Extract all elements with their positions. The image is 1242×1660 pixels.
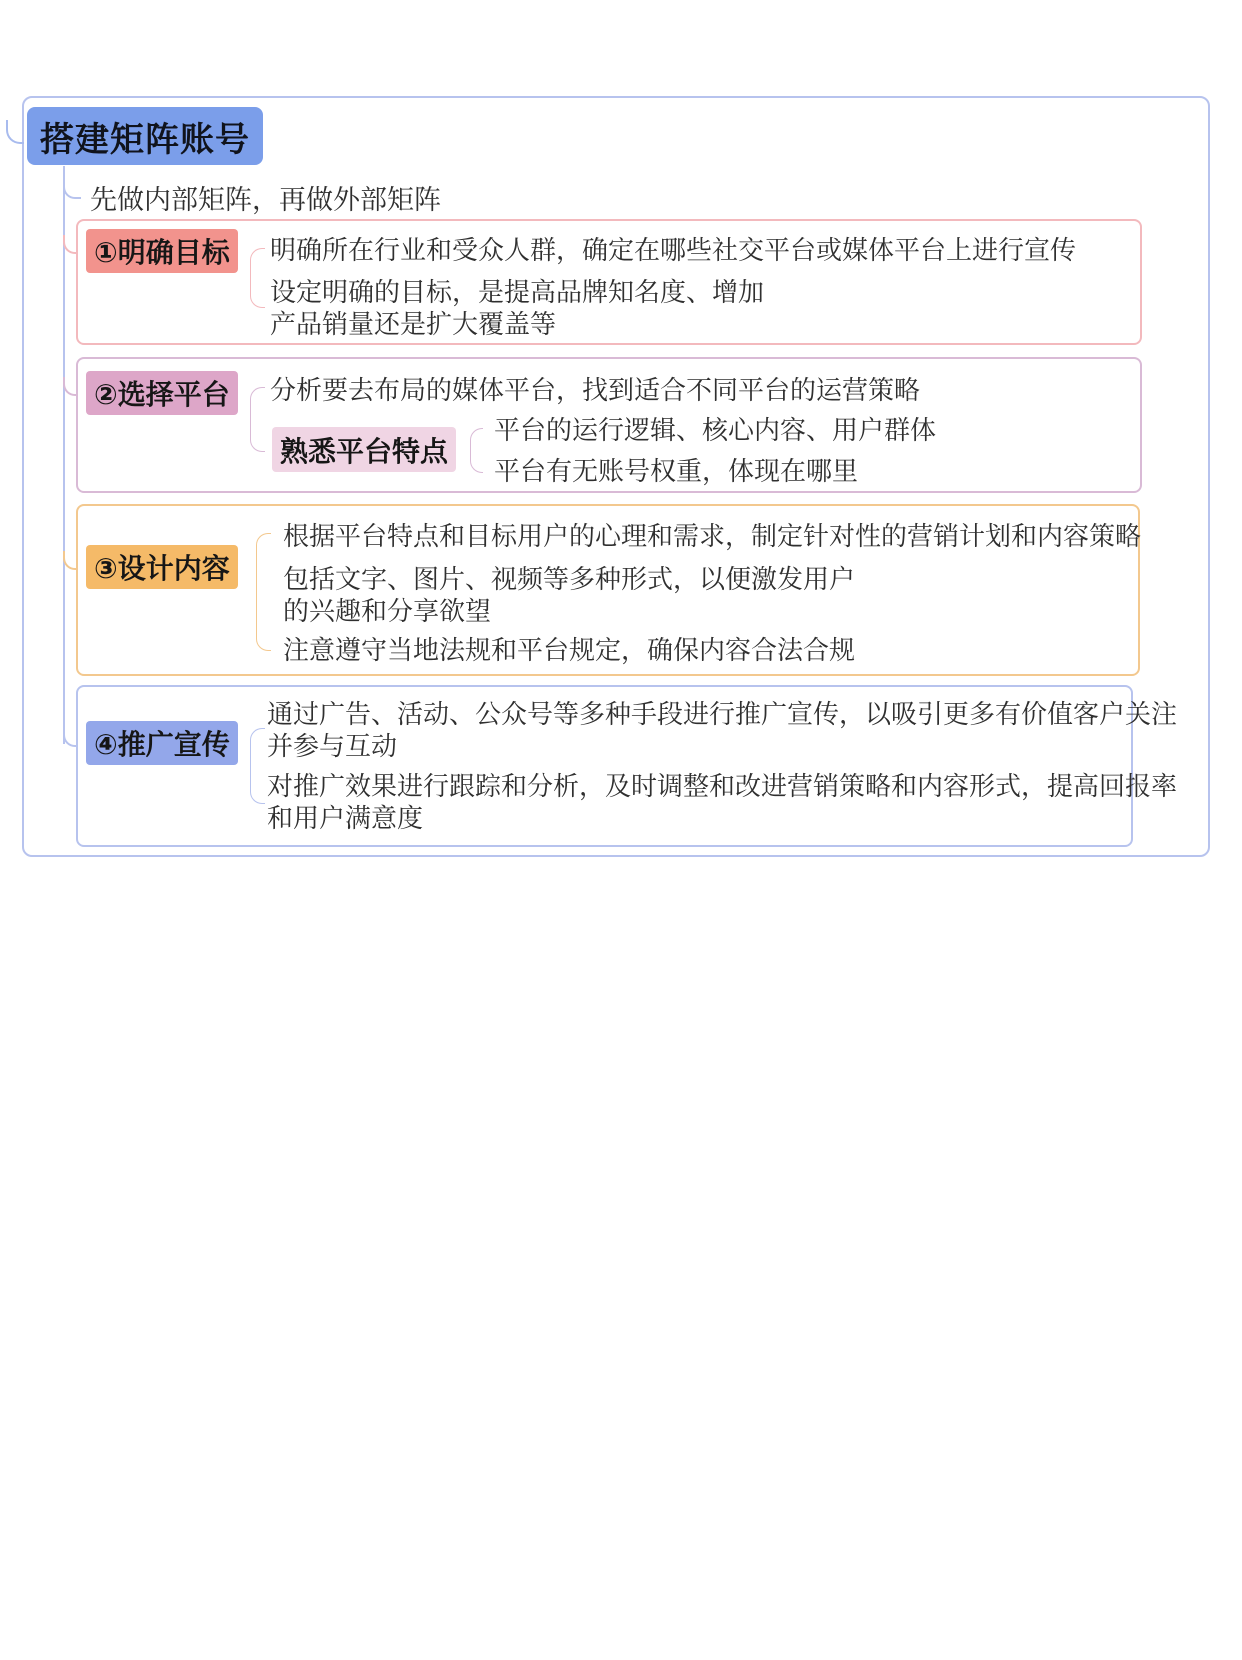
node-text-line: 根据平台特点和目标用户的心理和需求，制定针对性的营销计划和内容策略 xyxy=(283,520,1141,552)
section-label-content[interactable]: ③设计内容 xyxy=(86,545,238,589)
text-node[interactable]: 根据平台特点和目标用户的心理和需求，制定针对性的营销计划和内容策略 xyxy=(283,520,1141,552)
node-text-line: 通过广告、活动、公众号等多种手段进行推广宣传，以吸引更多有价值客户关注 xyxy=(267,698,1177,730)
brace-section-4 xyxy=(250,728,265,804)
text-node[interactable]: 平台的运行逻辑、核心内容、用户群体 xyxy=(494,414,936,446)
node-text-line: 分析要去布局的媒体平台，找到适合不同平台的运营策略 xyxy=(270,374,920,406)
text-node[interactable]: 分析要去布局的媒体平台，找到适合不同平台的运营策略 xyxy=(270,374,920,406)
brace-section-2 xyxy=(250,387,265,452)
text-node[interactable]: 平台有无账号权重，体现在哪里 xyxy=(494,455,858,487)
brace-subnode xyxy=(470,428,483,473)
section-label-platform[interactable]: ②选择平台 xyxy=(86,371,238,415)
node-text-line: 对推广效果进行跟踪和分析，及时调整和改进营销策略和内容形式，提高回报率 xyxy=(267,770,1177,802)
text-node[interactable]: 设定明确的目标，是提高品牌知名度、增加 产品销量还是扩大覆盖等 xyxy=(270,276,764,340)
section-label-goal[interactable]: ①明确目标 xyxy=(86,229,238,273)
intro-node[interactable]: 先做内部矩阵，再做外部矩阵 xyxy=(90,178,441,217)
root-connector-curve xyxy=(6,120,24,144)
text-node[interactable]: 包括文字、图片、视频等多种形式，以便激发用户 的兴趣和分享欲望 xyxy=(283,563,855,627)
node-text-line: 注意遵守当地法规和平台规定，确保内容合法合规 xyxy=(283,634,855,666)
node-text-line: 平台的运行逻辑、核心内容、用户群体 xyxy=(494,414,936,446)
brace-section-1 xyxy=(250,248,265,308)
node-text-line: 明确所在行业和受众人群，确定在哪些社交平台或媒体平台上进行宣传 xyxy=(270,234,1076,266)
node-text-line: 包括文字、图片、视频等多种形式，以便激发用户 xyxy=(283,563,855,595)
section-label-promotion[interactable]: ④推广宣传 xyxy=(86,721,238,765)
text-node[interactable]: 对推广效果进行跟踪和分析，及时调整和改进营销策略和内容形式，提高回报率 和用户满… xyxy=(267,770,1177,834)
text-node[interactable]: 注意遵守当地法规和平台规定，确保内容合法合规 xyxy=(283,634,855,666)
node-text-line: 并参与互动 xyxy=(267,730,1177,762)
mindmap-canvas: 搭建矩阵账号 先做内部矩阵，再做外部矩阵 ①明确目标 明确所在行业和受众人群，确… xyxy=(0,0,1242,1660)
text-node[interactable]: 明确所在行业和受众人群，确定在哪些社交平台或媒体平台上进行宣传 xyxy=(270,234,1076,266)
node-text-line: 和用户满意度 xyxy=(267,802,1177,834)
trunk-line xyxy=(63,166,65,744)
brace-section-3 xyxy=(256,533,271,651)
node-text-line: 平台有无账号权重，体现在哪里 xyxy=(494,455,858,487)
text-node[interactable]: 通过广告、活动、公众号等多种手段进行推广宣传，以吸引更多有价值客户关注 并参与互… xyxy=(267,698,1177,762)
node-text-line: 设定明确的目标，是提高品牌知名度、增加 xyxy=(270,276,764,308)
node-text-line: 产品销量还是扩大覆盖等 xyxy=(270,308,764,340)
subnode-platform-traits[interactable]: 熟悉平台特点 xyxy=(272,427,456,472)
node-text-line: 的兴趣和分享欲望 xyxy=(283,595,855,627)
root-node[interactable]: 搭建矩阵账号 xyxy=(27,107,263,165)
